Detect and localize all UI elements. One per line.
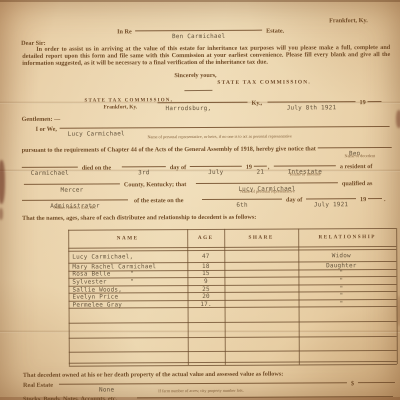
qual-day-blank: 6th bbox=[202, 192, 282, 200]
cell-age: 9 bbox=[187, 278, 224, 284]
col-header-relationship: RELATIONSHIP bbox=[298, 234, 396, 241]
cell-age: 17. bbox=[188, 301, 225, 307]
in-re-blank: Ben Carmichael bbox=[135, 23, 262, 32]
day-of-label: day of bbox=[170, 165, 186, 171]
i-or-we-label: I or We, bbox=[36, 127, 57, 133]
cell-name: Mary Rachel Carmichael bbox=[72, 264, 156, 270]
decedent-last-entry: Carmichael bbox=[31, 169, 69, 176]
table-line bbox=[69, 364, 397, 367]
decedent-caption: Name of decedent bbox=[330, 154, 390, 159]
qual-year-blank bbox=[368, 191, 382, 199]
dollar-sign: $ bbox=[351, 381, 354, 387]
cell-name: Rosa Belle bbox=[72, 271, 110, 277]
county-blank: Mercer bbox=[24, 176, 120, 185]
col-header-share: SHARE bbox=[224, 234, 298, 240]
period: . bbox=[384, 197, 386, 203]
year-prefix2: 19 bbox=[360, 197, 366, 203]
stocks-blank: None bbox=[137, 389, 393, 398]
commission-signature: STATE TAX COMMISSION. bbox=[217, 80, 311, 86]
letter-place-date: Frankfort, Ky. bbox=[329, 18, 368, 24]
died-year-blank: 21 bbox=[254, 159, 267, 167]
date-state-label: Ky., bbox=[251, 101, 262, 107]
cell-name: Sylvester bbox=[72, 279, 106, 285]
greeting: Gentlemen: — bbox=[22, 117, 61, 123]
cell-relationship: " bbox=[299, 301, 385, 307]
decedent-first-blank: Ben bbox=[318, 140, 392, 148]
date-blank: July 8th 1921 bbox=[267, 94, 355, 102]
signature-rule bbox=[184, 90, 212, 91]
qual-date-blank: July 1921 bbox=[306, 191, 356, 199]
cell-relationship: " bbox=[298, 293, 384, 299]
qual-day-entry: 6th bbox=[236, 201, 247, 208]
qual-date-entry: July 1921 bbox=[314, 201, 348, 208]
comma: , bbox=[268, 165, 270, 171]
county-text: County, Kentucky; that bbox=[124, 182, 186, 189]
cell-ditto: " bbox=[130, 279, 134, 285]
table-line bbox=[69, 321, 397, 324]
died-month-entry: July bbox=[208, 168, 223, 175]
date-year-blank bbox=[367, 94, 381, 102]
cell-name: Permelee Gray bbox=[73, 302, 123, 308]
died-month-blank: July bbox=[190, 159, 242, 167]
role-blank: Administrator bbox=[22, 192, 128, 201]
estate-on-text: of the estate on the bbox=[134, 198, 184, 204]
cell-name: Lucy Carmichael, bbox=[72, 254, 133, 260]
col-header-age: AGE bbox=[187, 235, 224, 241]
date-place-entry: Harrodsburg, bbox=[166, 104, 212, 111]
addressee-line2: Frankfort, Ky. bbox=[104, 105, 138, 111]
date-entry: July 8th 1921 bbox=[287, 104, 337, 111]
table-line bbox=[69, 350, 397, 353]
table-line bbox=[396, 228, 398, 364]
pursuant-text: pursuant to the requirements of Chapter … bbox=[22, 146, 316, 154]
real-estate-blank: None bbox=[59, 375, 347, 385]
decedent-last-blank: Carmichael bbox=[22, 160, 78, 168]
cell-relationship: " bbox=[298, 286, 384, 292]
representative-caption: Name of personal representative, or heir… bbox=[110, 134, 330, 139]
qualified-text: qualified as bbox=[342, 181, 372, 187]
died-year-entry: 21 bbox=[257, 168, 265, 175]
died-day-blank: 3rd bbox=[122, 159, 166, 167]
real-estate-label: Real Estate bbox=[23, 383, 53, 389]
died-day-entry: 3rd bbox=[138, 169, 149, 176]
cell-age: 20 bbox=[187, 294, 224, 300]
year-prefix: 19 bbox=[246, 165, 252, 171]
qualified-name-blank: Lucy Carmichael bbox=[196, 175, 338, 184]
representative-blank: Lucy Carmichael bbox=[60, 119, 390, 129]
testate-blank: Intestate bbox=[274, 158, 336, 166]
date-year-prefix: 19 bbox=[359, 100, 365, 106]
cell-relationship: " bbox=[298, 270, 384, 276]
in-re-label: In Re bbox=[117, 29, 132, 35]
cell-age: 47 bbox=[187, 254, 224, 260]
date-place-blank: Harrodsburg, bbox=[157, 95, 247, 103]
real-estate-amount-blank bbox=[358, 375, 395, 383]
table-line bbox=[68, 228, 396, 231]
scanned-document: Frankfort, Ky. In Re Ben Carmichael Esta… bbox=[0, 0, 400, 400]
cell-name: Sallie Woods, bbox=[72, 287, 122, 293]
distributees-intro: That the names, ages, share of each dist… bbox=[22, 215, 256, 222]
closing: Sincerely yours, bbox=[174, 73, 216, 79]
cell-age: 15 bbox=[187, 271, 224, 277]
cell-name: Evelyn Price bbox=[72, 294, 118, 300]
cell-age: 25 bbox=[187, 286, 224, 292]
intro-paragraph: In order to assist us in arriving at the… bbox=[22, 45, 390, 68]
cell-relationship: Widow bbox=[298, 253, 384, 259]
cell-ditto: " bbox=[130, 271, 134, 277]
cell-age: 18 bbox=[187, 263, 224, 269]
cell-relationship: " bbox=[298, 278, 384, 284]
col-header-name: NAME bbox=[68, 235, 187, 242]
stocks-label: Stocks, Bonds, Notes, Accounts, etc. bbox=[23, 396, 117, 400]
cell-relationship: Daughter bbox=[298, 263, 384, 269]
estate-label: Estate. bbox=[266, 29, 284, 35]
day-of-label2: day of bbox=[286, 197, 302, 203]
resident-text: a resident of bbox=[340, 164, 373, 170]
died-text: died on the bbox=[82, 165, 111, 171]
decedent-name-entry: Ben Carmichael bbox=[172, 32, 225, 39]
real-estate-entry: None bbox=[99, 386, 114, 393]
role-caption: Admr., Admrx., Exr., &c. bbox=[40, 205, 110, 210]
table-line bbox=[69, 336, 397, 339]
